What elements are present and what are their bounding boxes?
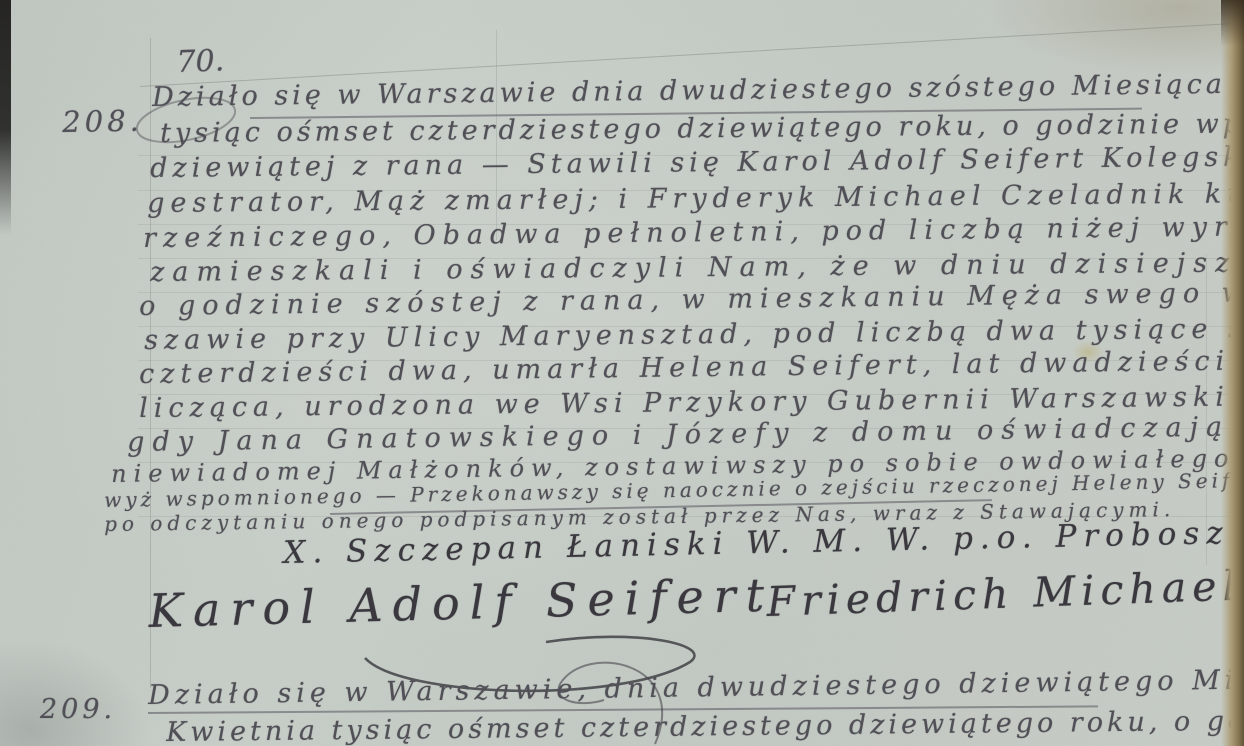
page-right-edge: [1221, 0, 1244, 746]
book-gutter-edge: [0, 0, 11, 235]
capital-d-flourish: [133, 90, 239, 150]
record-209-number: 209.: [40, 696, 116, 723]
manuscript-page: 70. 208. Działo się w Warszawie dnia dwu…: [0, 0, 1244, 746]
page-right-edge-shadow: [1221, 0, 1244, 46]
pen-flourishes: [0, 0, 1244, 746]
